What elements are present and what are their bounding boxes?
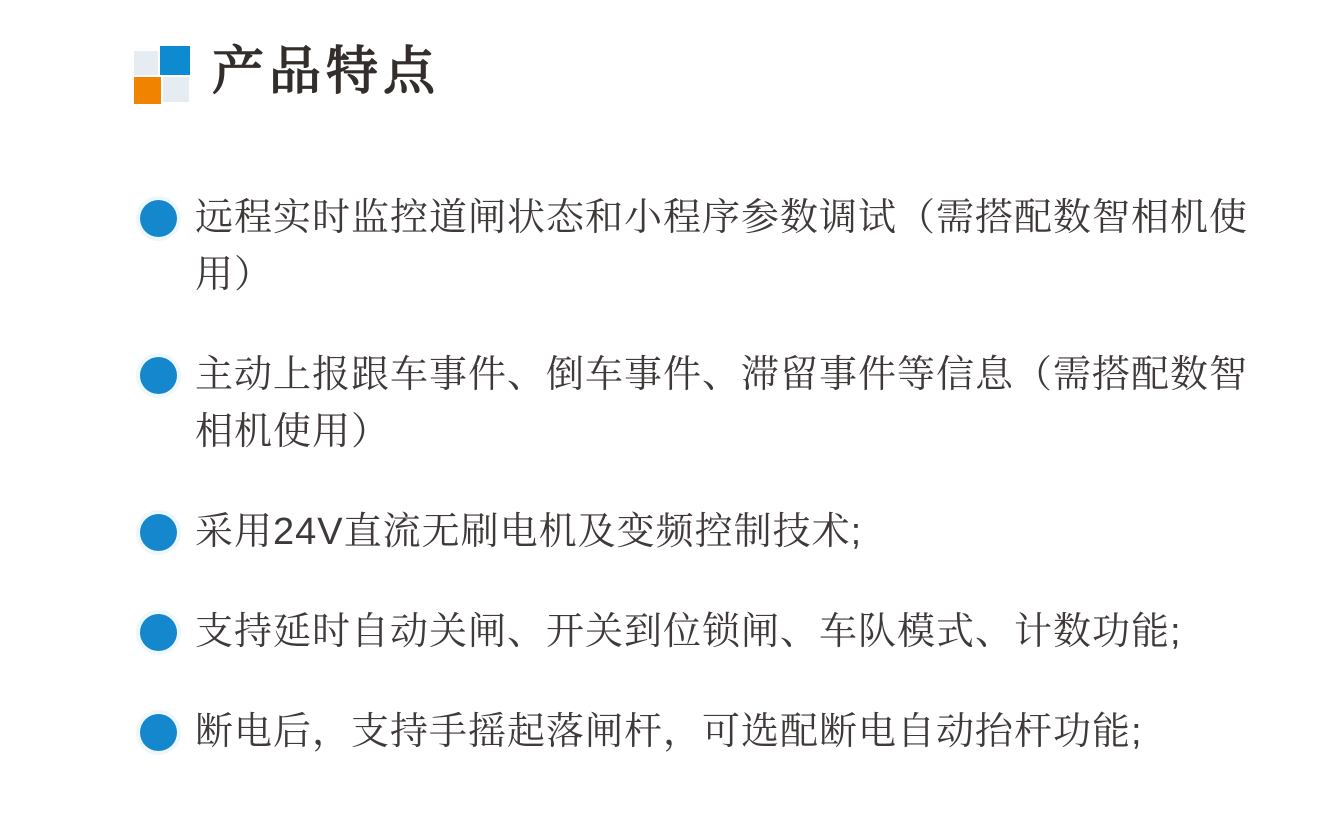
logo-square-light-top — [134, 51, 158, 75]
bullet-dot-icon — [140, 357, 177, 394]
feature-text: 支持延时自动关闸、开关到位锁闸、车队模式、计数功能; — [195, 604, 1182, 661]
feature-text: 采用24V直流无刷电机及变频控制技术; — [195, 504, 862, 561]
four-squares-logo-icon — [134, 46, 190, 100]
feature-item: 支持延时自动关闸、开关到位锁闸、车队模式、计数功能; — [140, 604, 1260, 661]
feature-line: 远程实时监控道闸状态和小程序参数调试（需搭配数智相机使 — [195, 190, 1248, 247]
bullet-dot-icon — [140, 200, 177, 237]
feature-item: 远程实时监控道闸状态和小程序参数调试（需搭配数智相机使 用） — [140, 190, 1260, 304]
feature-line: 采用24V直流无刷电机及变频控制技术; — [195, 504, 862, 561]
feature-item: 断电后，支持手摇起落闸杆，可选配断电自动抬杆功能; — [140, 704, 1260, 761]
page-title: 产品特点 — [212, 44, 440, 101]
feature-line: 断电后，支持手摇起落闸杆，可选配断电自动抬杆功能; — [195, 704, 1143, 761]
feature-text: 远程实时监控道闸状态和小程序参数调试（需搭配数智相机使 用） — [195, 190, 1248, 304]
bullet-dot-icon — [140, 614, 177, 651]
feature-text: 主动上报跟车事件、倒车事件、滞留事件等信息（需搭配数智 相机使用） — [195, 347, 1248, 461]
feature-line: 支持延时自动关闸、开关到位锁闸、车队模式、计数功能; — [195, 604, 1182, 661]
feature-list: 远程实时监控道闸状态和小程序参数调试（需搭配数智相机使 用） 主动上报跟车事件、… — [140, 190, 1260, 804]
feature-line: 主动上报跟车事件、倒车事件、滞留事件等信息（需搭配数智 — [195, 347, 1248, 404]
feature-item: 采用24V直流无刷电机及变频控制技术; — [140, 504, 1260, 561]
logo-square-blue — [160, 46, 190, 75]
product-features-page: 产品特点 远程实时监控道闸状态和小程序参数调试（需搭配数智相机使 用） 主动上报… — [0, 0, 1338, 822]
feature-line: 相机使用） — [195, 404, 1248, 461]
feature-item: 主动上报跟车事件、倒车事件、滞留事件等信息（需搭配数智 相机使用） — [140, 347, 1260, 461]
bullet-dot-icon — [140, 714, 177, 751]
feature-line: 用） — [195, 247, 1248, 304]
logo-square-orange — [134, 77, 161, 104]
bullet-dot-icon — [140, 514, 177, 551]
section-header: 产品特点 — [134, 44, 440, 101]
logo-square-light-bottom — [163, 77, 189, 102]
feature-text: 断电后，支持手摇起落闸杆，可选配断电自动抬杆功能; — [195, 704, 1143, 761]
